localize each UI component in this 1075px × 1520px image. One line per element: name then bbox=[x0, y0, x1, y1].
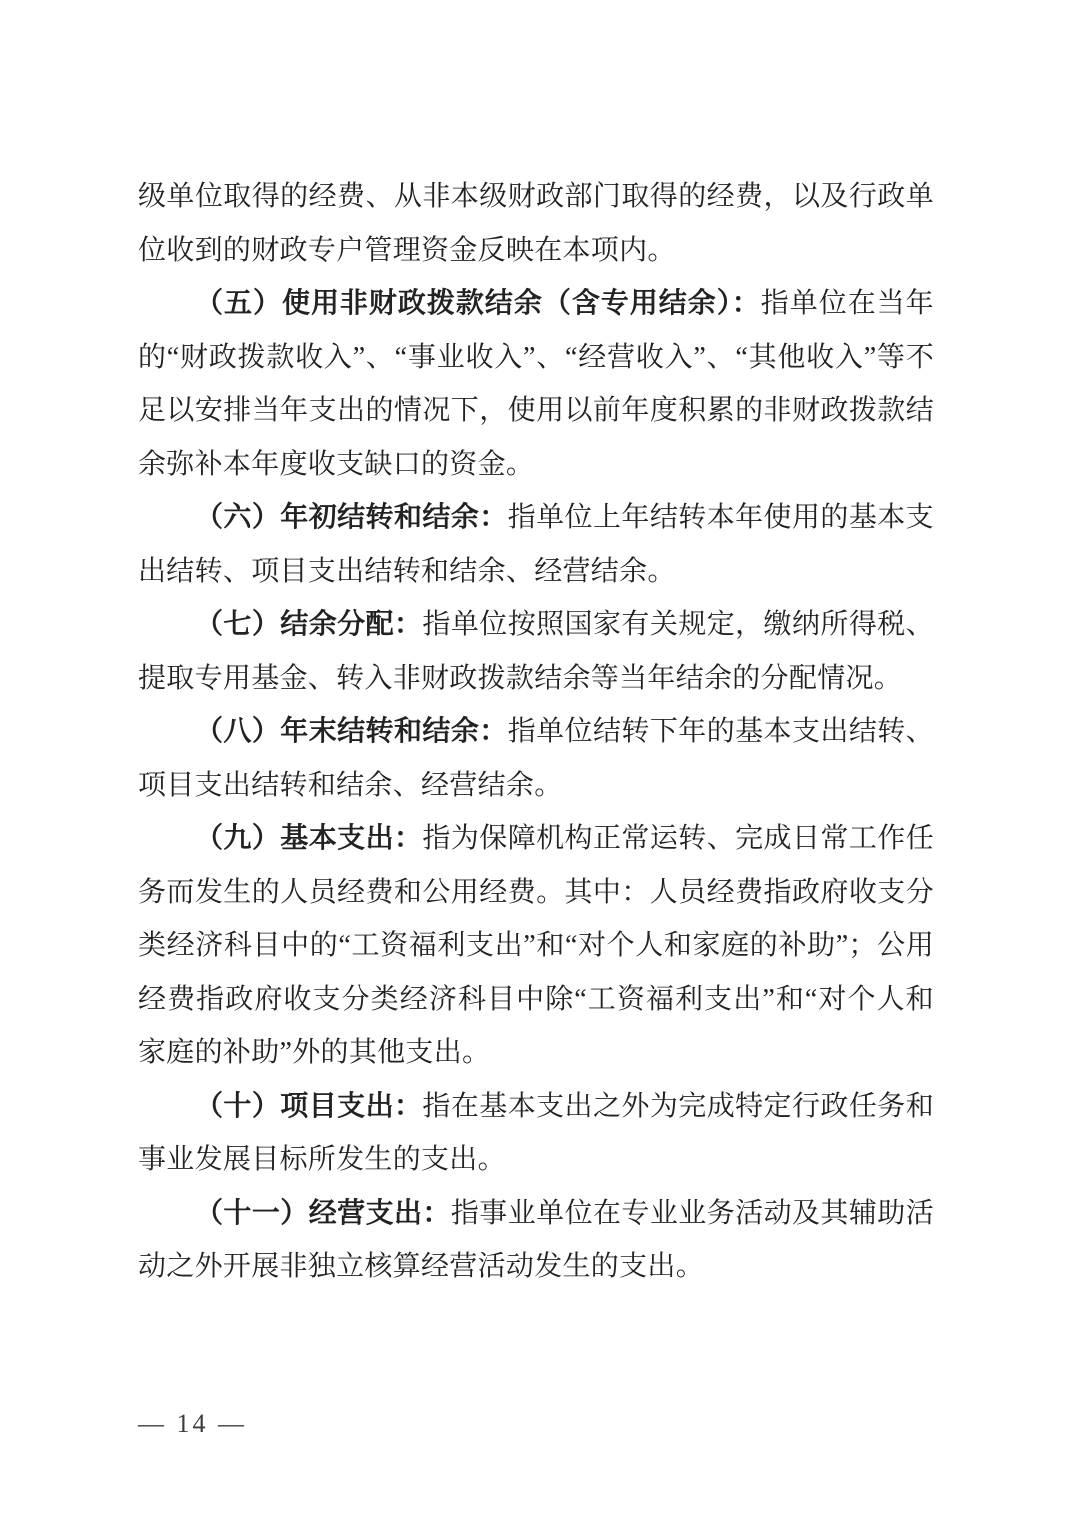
document-body: 级单位取得的经费、从非本级财政部门取得的经费，以及行政单位收到的财政专户管理资金… bbox=[138, 170, 934, 1294]
text-segment: 指单位上年结转本年使用的基本支 bbox=[508, 502, 934, 533]
para-item9: （九）基本支出：指为保障机构正常运转、完成日常工作任务而发生的人员经费和公用经费… bbox=[138, 812, 934, 1080]
para-item5: （五）使用非财政拨款结余（含专用结余）：指单位在当年的“财政拨款收入”、“事业收… bbox=[138, 277, 934, 491]
text-line: 经费指政府收支分类经济科目中除“工资福利支出”和“对个人和 bbox=[138, 973, 934, 1027]
para-continued-item4: 级单位取得的经费、从非本级财政部门取得的经费，以及行政单位收到的财政专户管理资金… bbox=[138, 170, 934, 277]
text-segment: 指单位在当年 bbox=[761, 288, 934, 319]
term-heading: （十一）经营支出： bbox=[195, 1198, 451, 1229]
text-line: 务而发生的人员经费和公用经费。其中：人员经费指政府收支分 bbox=[138, 866, 934, 920]
text-segment: 项目支出结转和结余、经营结余。 bbox=[138, 770, 563, 801]
text-line: （十一）经营支出：指事业单位在专业业务活动及其辅助活 bbox=[138, 1187, 934, 1241]
text-segment: 指为保障机构正常运转、完成日常工作任 bbox=[422, 823, 934, 854]
term-heading: （七）结余分配： bbox=[195, 609, 422, 640]
text-line: 事业发展目标所发生的支出。 bbox=[138, 1133, 934, 1187]
text-segment: 类经济科目中的“工资福利支出”和“对个人和家庭的补助”；公用 bbox=[138, 930, 934, 961]
text-segment: 足以安排当年支出的情况下，使用以前年度积累的非财政拨款结 bbox=[138, 395, 934, 426]
text-segment: 指事业单位在专业业务活动及其辅助活 bbox=[451, 1198, 934, 1229]
text-segment: 家庭的补助”外的其他支出。 bbox=[138, 1037, 490, 1068]
text-segment: 事业发展目标所发生的支出。 bbox=[138, 1144, 506, 1175]
text-line: 家庭的补助”外的其他支出。 bbox=[138, 1026, 934, 1080]
term-heading: （九）基本支出： bbox=[195, 823, 422, 854]
text-line: 提取专用基金、转入非财政拨款结余等当年结余的分配情况。 bbox=[138, 652, 934, 706]
text-segment: 经费指政府收支分类经济科目中除“工资福利支出”和“对个人和 bbox=[138, 984, 934, 1015]
term-heading: （五）使用非财政拨款结余（含专用结余）： bbox=[195, 288, 761, 319]
term-heading: （八）年末结转和结余： bbox=[195, 716, 508, 747]
para-item6: （六）年初结转和结余：指单位上年结转本年使用的基本支出结转、项目支出结转和结余、… bbox=[138, 491, 934, 598]
text-line: 类经济科目中的“工资福利支出”和“对个人和家庭的补助”；公用 bbox=[138, 919, 934, 973]
term-heading: （六）年初结转和结余： bbox=[195, 502, 508, 533]
page-number: — 14 — bbox=[138, 1404, 247, 1444]
text-line: 级单位取得的经费、从非本级财政部门取得的经费，以及行政单 bbox=[138, 170, 934, 224]
term-heading: （十）项目支出： bbox=[195, 1091, 422, 1122]
text-line: 动之外开展非独立核算经营活动发生的支出。 bbox=[138, 1240, 934, 1294]
text-segment: 指单位按照国家有关规定，缴纳所得税、 bbox=[422, 609, 934, 640]
text-segment: 余弥补本年度收支缺口的资金。 bbox=[138, 449, 534, 480]
para-item10: （十）项目支出：指在基本支出之外为完成特定行政任务和事业发展目标所发生的支出。 bbox=[138, 1080, 934, 1187]
text-segment: 务而发生的人员经费和公用经费。其中：人员经费指政府收支分 bbox=[138, 877, 934, 908]
text-segment: 指在基本支出之外为完成特定行政任务和 bbox=[422, 1091, 934, 1122]
text-line: （五）使用非财政拨款结余（含专用结余）：指单位在当年 bbox=[138, 277, 934, 331]
para-item11: （十一）经营支出：指事业单位在专业业务活动及其辅助活动之外开展非独立核算经营活动… bbox=[138, 1187, 934, 1294]
text-line: 位收到的财政专户管理资金反映在本项内。 bbox=[138, 224, 934, 278]
text-line: （九）基本支出：指为保障机构正常运转、完成日常工作任 bbox=[138, 812, 934, 866]
para-item8: （八）年末结转和结余：指单位结转下年的基本支出结转、项目支出结转和结余、经营结余… bbox=[138, 705, 934, 812]
text-line: （七）结余分配：指单位按照国家有关规定，缴纳所得税、 bbox=[138, 598, 934, 652]
para-item7: （七）结余分配：指单位按照国家有关规定，缴纳所得税、提取专用基金、转入非财政拨款… bbox=[138, 598, 934, 705]
text-line: 足以安排当年支出的情况下，使用以前年度积累的非财政拨款结 bbox=[138, 384, 934, 438]
text-segment: 指单位结转下年的基本支出结转、 bbox=[508, 716, 934, 747]
text-segment: 动之外开展非独立核算经营活动发生的支出。 bbox=[138, 1251, 704, 1282]
text-segment: 提取专用基金、转入非财政拨款结余等当年结余的分配情况。 bbox=[138, 663, 902, 694]
text-line: 项目支出结转和结余、经营结余。 bbox=[138, 759, 934, 813]
text-line: 的“财政拨款收入”、“事业收入”、“经营收入”、“其他收入”等不 bbox=[138, 331, 934, 385]
text-line: 出结转、项目支出结转和结余、经营结余。 bbox=[138, 545, 934, 599]
text-segment: 级单位取得的经费、从非本级财政部门取得的经费，以及行政单 bbox=[138, 181, 934, 212]
text-line: （八）年末结转和结余：指单位结转下年的基本支出结转、 bbox=[138, 705, 934, 759]
text-line: 余弥补本年度收支缺口的资金。 bbox=[138, 438, 934, 492]
text-segment: 的“财政拨款收入”、“事业收入”、“经营收入”、“其他收入”等不 bbox=[138, 342, 934, 373]
text-line: （六）年初结转和结余：指单位上年结转本年使用的基本支 bbox=[138, 491, 934, 545]
text-segment: 出结转、项目支出结转和结余、经营结余。 bbox=[138, 556, 676, 587]
document-page: 级单位取得的经费、从非本级财政部门取得的经费，以及行政单位收到的财政专户管理资金… bbox=[0, 0, 1075, 1520]
text-line: （十）项目支出：指在基本支出之外为完成特定行政任务和 bbox=[138, 1080, 934, 1134]
text-segment: 位收到的财政专户管理资金反映在本项内。 bbox=[138, 235, 676, 266]
